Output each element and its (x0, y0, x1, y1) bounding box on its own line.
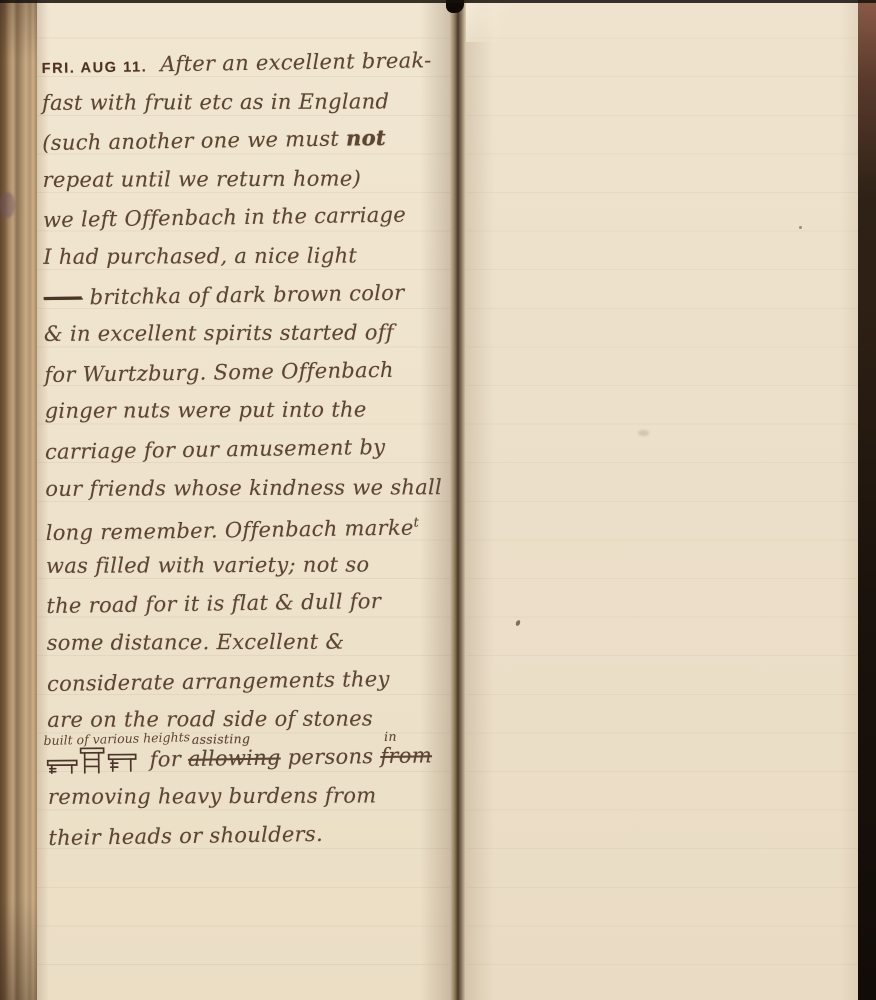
handwriting-line: considerate arrangements they (47, 659, 450, 704)
handwriting-line: FRI. AUG 11.After an excellent break- (41, 41, 444, 86)
line-text: (such another one we must (42, 127, 346, 156)
struck-out-word: —— (43, 285, 81, 310)
book-fore-edge (0, 0, 37, 1000)
struck-out-word: allowingassisting (188, 745, 281, 770)
handwriting-line: some distance. Excellent & (47, 622, 449, 662)
inserted-word: in (384, 730, 397, 743)
ink-speck (799, 226, 802, 229)
line-text: long remember. Offenbach marke (46, 516, 414, 545)
paper-smudge (638, 430, 649, 436)
stitched-seam (455, 0, 461, 1000)
line-text: repeat until we return home) (43, 166, 362, 191)
handwriting-line: (such another one we must not (42, 118, 445, 163)
line-text: their heads or shoulders. (48, 822, 323, 850)
handwriting-line: the road for it is flat & dull for (46, 581, 449, 626)
book-spine-gutter (450, 0, 466, 1000)
struck-text: allowing (188, 745, 281, 770)
handwriting-line: for Wurtzburg. Some Offenbach (44, 350, 447, 395)
open-diary-photo: FRI. AUG 11.After an excellent break- fa… (0, 0, 876, 1000)
handwriting-line: our friends whose kindness we shall (45, 468, 447, 508)
handwriting-line: their heads or shoulders. (48, 813, 451, 858)
page-corner-highlight (466, 2, 520, 42)
right-page-blank (466, 0, 858, 1000)
line-text: britchka of dark brown color (89, 280, 404, 309)
handwriting-line: removing heavy burdens from (48, 776, 450, 816)
line-text: our friends whose kindness we shall (45, 475, 442, 501)
line-text: for Wurtzburg. Some Offenbach (44, 358, 394, 387)
line-text: persons (281, 744, 381, 769)
line-text: After an excellent break- (160, 48, 432, 76)
handwriting-line: I had purchased, a nice light (43, 236, 445, 276)
superscript-correction: t (413, 516, 419, 531)
book-right-edge (858, 0, 876, 1000)
line-text: I had purchased, a nice light (43, 243, 357, 268)
line-text: some distance. Excellent & (47, 629, 345, 654)
line-text: for (150, 747, 189, 772)
struck-out-word: fromin (380, 743, 432, 768)
line-text: was filled with variety; not so (46, 552, 369, 577)
struck-text: from (380, 743, 432, 768)
handwriting-line: ginger nuts were put into the (45, 390, 447, 430)
handwriting-line: we left Offenbach in the carriage (43, 195, 446, 240)
line-text: we left Offenbach in the carriage (43, 203, 406, 232)
inserted-word: assisting (192, 733, 251, 746)
edge-stain (0, 192, 15, 218)
handwriting-line: ——britchka of dark brown color (43, 273, 446, 318)
line-text: considerate arrangements they (47, 666, 390, 695)
handwriting-line: fast with fruit etc as in England (42, 82, 444, 122)
line-text: the road for it is flat & dull for (46, 589, 381, 618)
diary-entry-text: FRI. AUG 11.After an excellent break- fa… (41, 42, 450, 856)
line-text: fast with fruit etc as in England (42, 89, 389, 115)
left-page: FRI. AUG 11.After an excellent break- fa… (37, 0, 450, 1000)
handwriting-line: long remember. Offenbach market (45, 504, 448, 549)
emphasized-word: not (346, 125, 386, 151)
date-heading: FRI. AUG 11. (42, 59, 148, 77)
handwriting-line: carriage for our amusement by (45, 427, 448, 472)
line-text: ginger nuts were put into the (45, 398, 367, 423)
line-text: & in excellent spirits started off (44, 321, 394, 347)
handwriting-line: repeat until we return home) (43, 159, 445, 199)
handwriting-line: & in excellent spirits started off (44, 313, 446, 353)
handwriting-line: for allowingassisting persons fromin (47, 736, 450, 781)
photo-top-edge (0, 0, 876, 3)
line-text: carriage for our amusement by (45, 435, 386, 464)
line-text: removing heavy burdens from (48, 784, 377, 809)
line-text: are on the road side of stones (47, 707, 373, 732)
handwriting-line: was filled with variety; not so (46, 545, 448, 585)
